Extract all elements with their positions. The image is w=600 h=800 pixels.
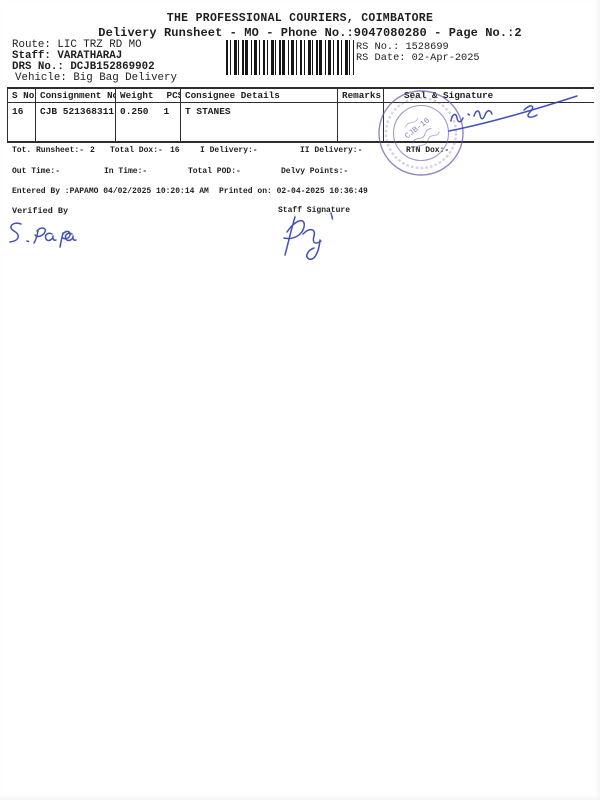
vehicle-value: Big Bag Delivery xyxy=(73,72,177,84)
cell-pcs: 1 xyxy=(164,106,170,117)
total-dox-value: 16 xyxy=(170,146,180,155)
in-time-label: In Time:- xyxy=(104,167,147,176)
cell-consignment-no: CJB 521368311 xyxy=(36,103,116,141)
staff-signature-label: Staff Signature xyxy=(278,206,350,215)
total-pod-label: Total POD:- xyxy=(188,167,241,176)
entered-by-line: Entered By :PAPAMO 04/02/2025 10:20:14 A… xyxy=(12,187,209,196)
rs-date-label: RS Date: xyxy=(356,52,405,64)
delvy-points-label: Delvy Points:- xyxy=(281,167,348,176)
cell-weight-pcs: 0.2501 xyxy=(116,103,181,141)
consignment-table: S No Consignment No WeightPCS Consignee … xyxy=(7,87,594,143)
cell-remarks xyxy=(338,103,384,141)
i-delivery-label: I Delivery:- xyxy=(200,146,258,155)
document-title: THE PROFESSIONAL COURIERS, COIMBATORE xyxy=(0,12,600,25)
header-s-no: S No xyxy=(8,89,36,102)
header-consignee: Consignee Details xyxy=(181,89,338,102)
out-time-label: Out Time:- xyxy=(12,167,60,176)
cell-weight: 0.250 xyxy=(120,106,149,117)
tot-runsheet-label: Tot. Runsheet:- xyxy=(12,146,84,155)
rs-date-line: RS Date: 02-Apr-2025 xyxy=(356,52,480,64)
runsheet-document: THE PROFESSIONAL COURIERS, COIMBATORE De… xyxy=(0,0,600,800)
table-row: 16 CJB 521368311 0.2501 T STANES xyxy=(8,103,594,143)
total-dox-label: Total Dox:- xyxy=(110,146,163,155)
verified-by-signature xyxy=(10,223,76,247)
vehicle-line: Vehicle: Big Bag Delivery xyxy=(15,72,177,84)
vehicle-label: Vehicle: xyxy=(15,72,67,84)
cell-seal-signature xyxy=(384,103,594,141)
ii-delivery-label: II Delivery:- xyxy=(300,146,362,155)
header-pcs: PCS xyxy=(166,90,181,101)
header-consignment-no: Consignment No xyxy=(36,89,116,102)
header-weight-pcs: WeightPCS xyxy=(116,89,181,102)
rs-date-value: 02-Apr-2025 xyxy=(412,52,480,64)
document-subtitle: Delivery Runsheet - MO - Phone No.:90470… xyxy=(10,26,600,40)
header-remarks: Remarks xyxy=(338,89,384,102)
cell-s-no: 16 xyxy=(8,103,36,141)
staff-signature xyxy=(284,213,333,259)
table-header-row: S No Consignment No WeightPCS Consignee … xyxy=(8,89,594,103)
verified-by-label: Verified By xyxy=(12,206,68,216)
rtn-dox-label: RTN Dox:- xyxy=(406,146,449,155)
barcode-icon xyxy=(226,40,354,75)
header-seal-signature: Seal & Signature xyxy=(384,89,594,102)
cell-consignee: T STANES xyxy=(181,103,338,141)
header-weight: Weight xyxy=(120,90,153,101)
printed-on-line: Printed on: 02-04-2025 10:36:49 xyxy=(219,187,368,196)
tot-runsheet-value: 2 xyxy=(90,146,95,155)
